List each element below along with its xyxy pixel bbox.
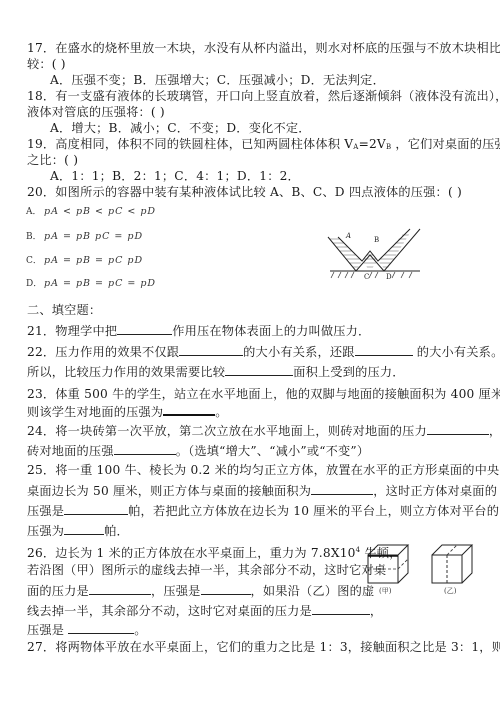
q19-eq: =2V [359,137,386,151]
q21: 21．物理学中把作用压在物体表面上的力叫做压力． [27,322,370,339]
q22-cont: 所以，比较压力作用的效果需要比较面积上受到的压力． [27,363,405,380]
q24-line2-post: 。（选填“增大”、“减小”或“不变”） [176,444,370,458]
q19-text-a: 19．高度相同，体积不同的铁圆柱体，已知两圆柱体体积 V [27,137,353,151]
q25-line3-pre: 压强是 [27,504,64,518]
q26-blank-4[interactable] [68,621,134,634]
q19-stem-cont: 之比：( ) [27,152,78,168]
q17-stem-cont: 较：( ) [27,56,66,72]
q17-stem: 17．在盛水的烧杯里放一木块，水没有从杯内溢出，则水对杯底的压强与不放木块相比 [27,40,500,56]
section-title-fill-in: 二、填空题： [27,302,101,318]
fig-label-a: A [345,232,351,240]
q20-stem: 20．如图所示的容器中装有某种液体试比较 A、B、C、D 四点液体的压强：( ) [27,184,462,200]
q23-text: 23．体重 500 牛的学生，站立在水平地面上，他的双脚与地面的接触面积为 40… [27,387,500,401]
q24-line2-pre: 砖对地面的压强 [27,444,114,458]
q25-line4-pre: 压强为 [27,524,64,538]
q21-pre: 21．物理学中把 [27,324,117,338]
q20-option-b: B．pA = pB pC = pD [26,229,143,242]
option-expr: pA = pB pC = pD [44,231,143,242]
q25-blank-2[interactable] [64,502,128,515]
fig-label-b: B [374,236,379,244]
q26-line3-post: ，如果沿（乙）图的虚 [251,584,375,598]
q25-blank-1[interactable] [311,482,373,495]
q25-blank-3[interactable] [64,522,104,535]
w-container-figure: A B C D [320,225,430,285]
q25-line2: 桌面边长为 50 厘米，则正方体与桌面的接触面积为，这时正方体对桌面的 [27,482,497,499]
q17-options: A．压强不变；B．压强增大；C．压强减小；D．无法判定． [50,72,385,88]
q25-line3-post: 帕，若把此立方体放在边长为 10 厘米的平台上，则立方体对平台的 [128,504,499,518]
q23-blank[interactable] [163,402,215,416]
q25-line4-post: 帕． [104,524,129,538]
q26-text: 26．边长为 1 米的正方体放在水平桌面上，重力为 7.8X10 [27,546,356,560]
q26-line4: 线去掉一半，其余部分不动，这时它对桌面的压力是， [27,602,382,619]
q26-line3-pre: 面的压力是 [27,584,89,598]
q22-mid: 的大小有关系，还跟 [243,345,355,359]
q24-blank-1[interactable] [427,422,489,435]
q24-cont: 砖对地面的压强。（选填“增大”、“减小”或“不变”） [27,442,369,459]
q20-option-a: A．pA < pB < pC < pD [26,204,156,217]
option-label: C． [26,253,44,266]
q22-blank-1[interactable] [179,343,243,356]
q18-options: A．增大；B．减小；C．不变；D．变化不定． [50,120,311,136]
q23-line2-post: 。 [215,405,227,419]
caption-jia: (甲) [379,586,391,596]
fig-label-c: C [364,273,369,281]
q18-stem: 18．有一支盛有液体的长玻璃管，开口向上竖直放着，然后逐渐倾斜（液体没有流出）， [27,88,500,104]
q22-line2-pre: 所以，比较压力作用的效果需要比较 [27,365,225,379]
q21-post: 作用压在物体表面上的力叫做压力． [172,324,370,338]
caption-yi: (乙) [444,586,456,596]
q25-line2-post: ，这时正方体对桌面的 [373,484,497,498]
q23: 23．体重 500 牛的学生，站立在水平地面上，他的双脚与地面的接触面积为 40… [27,383,500,402]
q25-line3: 压强是帕，若把此立方体放在边长为 10 厘米的平台上，则立方体对平台的 [27,502,499,519]
q22: 22．压力作用的效果不仅跟的大小有关系，还跟 的大小有关系。 [27,343,500,360]
q26-line2: 若沿图（甲）图所示的虚线去掉一半，其余部分不动，这时它对桌 [27,562,386,578]
q20-option-d: D．pA = pB = pC = pD [26,276,156,289]
q24-text: 24．将一块砖第一次平放，第二次立放在水平地面上，则砖对地面的压力 [27,424,427,438]
q26-line4-pre: 线去掉一半，其余部分不动，这时它对桌面的压力是 [27,604,312,618]
option-label: A． [26,204,44,217]
q23-cont: 则该学生对地面的压强为。 [27,402,228,420]
cube-yi-figure [430,543,474,585]
cube-jia-figure [366,543,410,585]
option-expr: pA < pB < pC < pD [44,206,156,217]
q19-options: A．1：1；B．2：1；C．4：1；D．1：2． [50,168,300,184]
option-expr: pA = pB = pC = pD [44,278,156,289]
q22-post: 的大小有关系。 [413,345,500,359]
option-label: D． [26,276,44,289]
fig-label-d: D [386,273,392,281]
q22-line2-post: 面积上受到的压力． [293,365,405,379]
option-label: B． [26,229,44,242]
q24-blank-2[interactable] [114,442,176,455]
q27: 27．将两物体平放在水平桌面上，它们的重力之比是 1：3，接触面积之比是 3：1… [27,639,500,655]
q19-stem: 19．高度相同，体积不同的铁圆柱体，已知两圆柱体体积 VA=2VB ，它们对桌面… [27,136,500,155]
q22-pre: 22．压力作用的效果不仅跟 [27,345,179,359]
q24-end: ， [489,424,500,438]
q24: 24．将一块砖第一次平放，第二次立放在水平地面上，则砖对地面的压力， [27,422,500,439]
q26-blank-1[interactable] [89,582,151,595]
q26-line3-mid: ，压强是 [151,584,201,598]
q23-line2-pre: 则该学生对地面的压强为 [27,405,163,419]
q19-text-b: ，它们对桌面的压强 [391,137,500,151]
q26-line5: 压强是 。 [27,621,147,638]
q21-blank[interactable] [117,322,172,335]
q26-line5-post: 。 [134,623,146,637]
q25-line2-pre: 桌面边长为 50 厘米，则正方体与桌面的接触面积为 [27,484,311,498]
option-expr: pA = pB = pC pD [44,255,143,266]
q25: 25．将一重 100 牛、棱长为 0.2 米的均匀正立方体，放置在水平的正方形桌… [27,462,500,478]
q26-blank-3[interactable] [312,602,370,615]
q20-option-c: C．pA = pB = pC pD [26,253,143,266]
q22-blank-2[interactable] [355,343,413,356]
q26-blank-2[interactable] [201,582,251,595]
q25-line4: 压强为帕． [27,522,129,539]
q26: 26．边长为 1 米的正方体放在水平桌面上，重力为 7.8X104 牛顿， [27,542,402,561]
q26-line3: 面的压力是，压强是，如果沿（乙）图的虚 [27,582,374,599]
q18-stem-cont: 液体对管底的压强将：( ) [27,104,165,120]
q26-line5-pre: 压强是 [27,623,68,637]
q26-line4-post: ， [370,604,382,618]
q22-blank-3[interactable] [225,363,293,376]
